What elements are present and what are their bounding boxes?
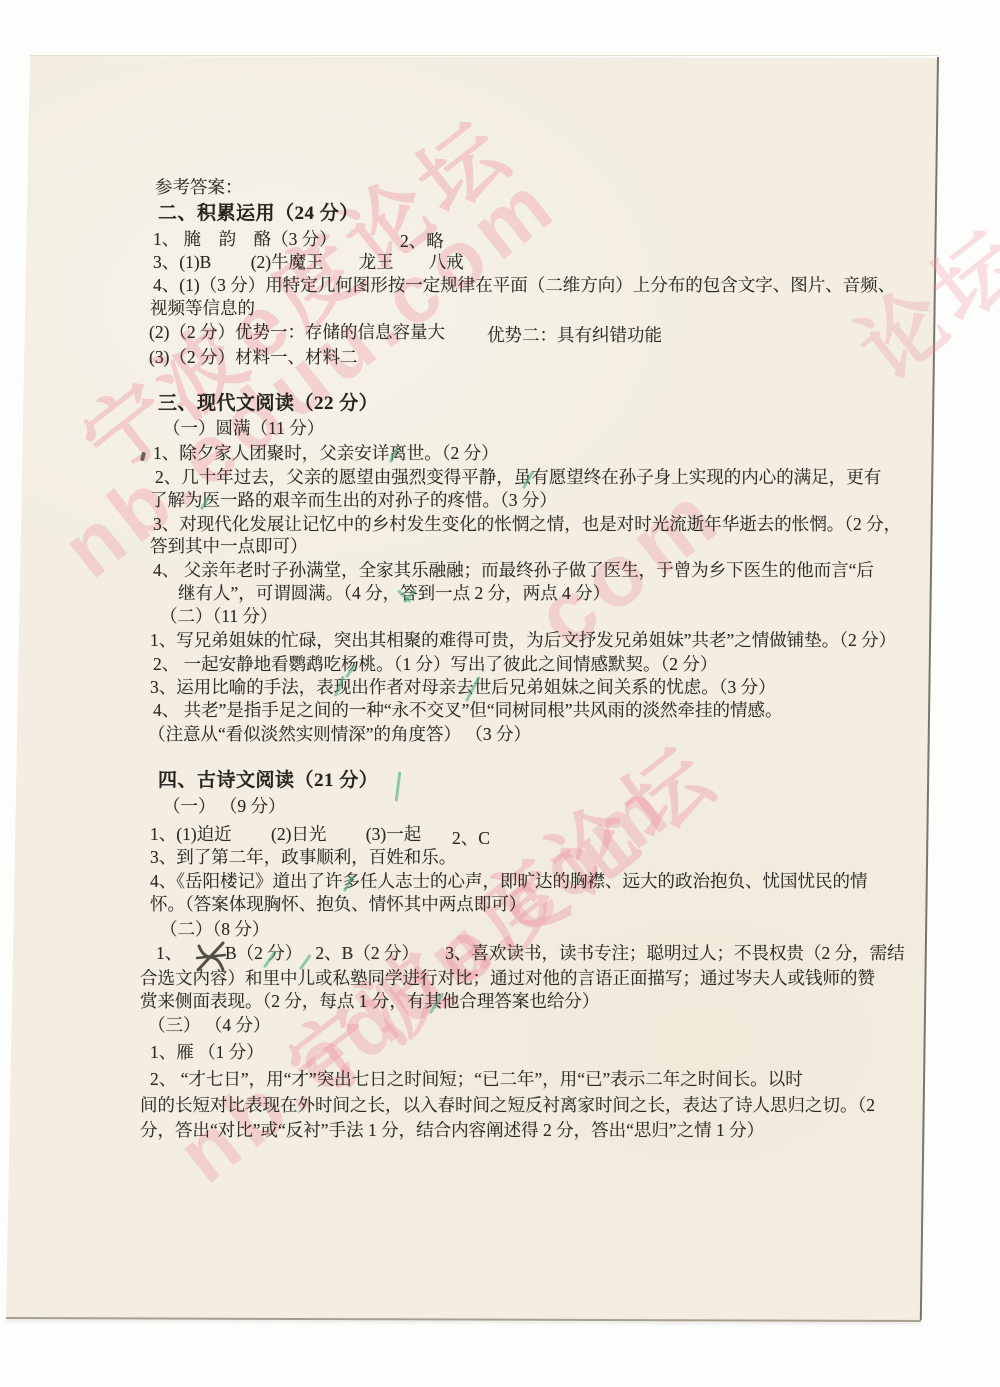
answer-line: 1、(1)迫近 (2)日光 (3)一起 bbox=[150, 824, 421, 845]
answer-line: 间的长短对比表现在外时间之长，以入春时间之短反衬离家时间之长，表达了诗人思归之切… bbox=[140, 1095, 875, 1116]
answer-line: 1、雁 （1 分） bbox=[150, 1042, 264, 1063]
section-heading: 二、积累运用（24 分） bbox=[158, 203, 359, 226]
answer-line: 1、 bbox=[156, 943, 182, 964]
paper-top-edge bbox=[30, 55, 938, 56]
scanned-answer-sheet: 宁波e度论坛nb.eduu.com论坛com宁波e度论坛nb.eduu.com … bbox=[0, 0, 1000, 1387]
answer-line: （注意从“看似淡然实则情深”的角度答） （3 分） bbox=[148, 724, 531, 745]
answer-line: 2、 一起安静地看鹦鹉吃杨桃。（1 分）写出了彼此之间情感默契。（2 分） bbox=[153, 654, 717, 675]
section-heading: 四、古诗文阅读（21 分） bbox=[158, 770, 378, 793]
answer-line: 1、 腌 韵 酪（3 分） bbox=[153, 229, 337, 250]
answer-line: B（2 分） 2、B（2 分） 3、喜欢读书，读书专注；聪明过人；不畏权贵（2 … bbox=[225, 943, 905, 964]
answer-line: 3、对现代化发展让记忆中的乡村发生变化的怅惘之情，也是对时光流逝年华逝去的怅惘。… bbox=[153, 514, 901, 535]
answer-line: 2、略 bbox=[400, 231, 444, 252]
answer-line: 参考答案： bbox=[155, 177, 243, 198]
answer-line: 2、几十年过去，父亲的愿望由强烈变得平静，虽有愿望终在孙子身上实现的内心的满足，… bbox=[155, 467, 881, 488]
answer-line: 答到其中一点即可） bbox=[150, 536, 308, 557]
answer-line: 4、 共老”是指手足之间的一种“永不交叉”但“同树同根”共风雨的淡然牵挂的情感。 bbox=[153, 700, 782, 721]
answer-line: （一）圆满（11 分） bbox=[163, 418, 324, 439]
section-heading: 三、现代文阅读（22 分） bbox=[158, 393, 378, 416]
answer-line: 了解为医一路的艰辛而生出的对孙子的疼惜。（3 分） bbox=[150, 490, 557, 511]
answer-line: 2、 “才七日”，用“才”突出七日之时间短；“已二年”，用“已”表示二年之时间长… bbox=[150, 1069, 803, 1090]
answer-line: 继有人”，可谓圆满。（4 分，答到一点 2 分，两点 4 分） bbox=[178, 583, 610, 604]
answer-line: 分，答出“对比”或“反衬”手法 1 分，结合内容阐述得 2 分，答出“思归”之情… bbox=[140, 1120, 764, 1141]
answer-line: 4、 父亲年老时子孙满堂，全家其乐融融；而最终孙子做了医生，于曾为乡下医生的他而… bbox=[153, 560, 874, 581]
answer-line: （二）（8 分） bbox=[160, 919, 269, 940]
answer-line: (2)（2 分）优势一：存储的信息容量大 bbox=[149, 322, 445, 343]
answer-line: 4、《岳阳楼记》道出了许多任人志士的心声，即旷达的胸襟、远大的政治抱负、忧国忧民… bbox=[150, 871, 868, 892]
answer-line: 视频等信息的 bbox=[150, 298, 255, 319]
answer-line: 3、(1)B (2)牛魔王 龙王 八戒 bbox=[153, 252, 464, 273]
answer-line: 3、到了第二年，政事顺利，百姓和乐。 bbox=[150, 847, 456, 868]
ink-scribble-mark bbox=[195, 940, 227, 974]
answer-line: 合选文内容）和里中儿或私塾同学进行对比；通过对他的言语正面描写；通过岑夫人或钱师… bbox=[140, 968, 875, 989]
answer-line: (3)（2 分）材料一、材料二 bbox=[149, 347, 358, 368]
answer-line: 怀。（答案体现胸怀、抱负、情怀其中两点即可） bbox=[150, 894, 526, 915]
answer-line: 1、除夕家人团聚时，父亲安详离世。（2 分） bbox=[153, 443, 499, 464]
answer-line: （一） （9 分） bbox=[163, 796, 286, 817]
answer-line: 4、(1)（3 分）用特定几何图形按一定规律在平面（二维方向）上分布的包含文字、… bbox=[153, 275, 895, 296]
answer-line: （二）（11 分） bbox=[160, 606, 277, 627]
answer-line: 2、C bbox=[452, 828, 490, 849]
answer-line: （三） （4 分） bbox=[148, 1015, 271, 1036]
answer-line: 赏来侧面表现。（2 分，每点 1 分，有其他合理答案也给分） bbox=[140, 991, 599, 1012]
answer-line: 优势二：具有纠错功能 bbox=[487, 325, 662, 346]
answer-line: 3、运用比喻的手法，表现出作者对母亲去世后兄弟姐妹之间关系的忧虑。（3 分） bbox=[150, 677, 776, 698]
answer-line: 1、写兄弟姐妹的忙碌，突出其相聚的难得可贵，为后文抒发兄弟姐妹”共老”之情做铺垫… bbox=[150, 630, 896, 651]
